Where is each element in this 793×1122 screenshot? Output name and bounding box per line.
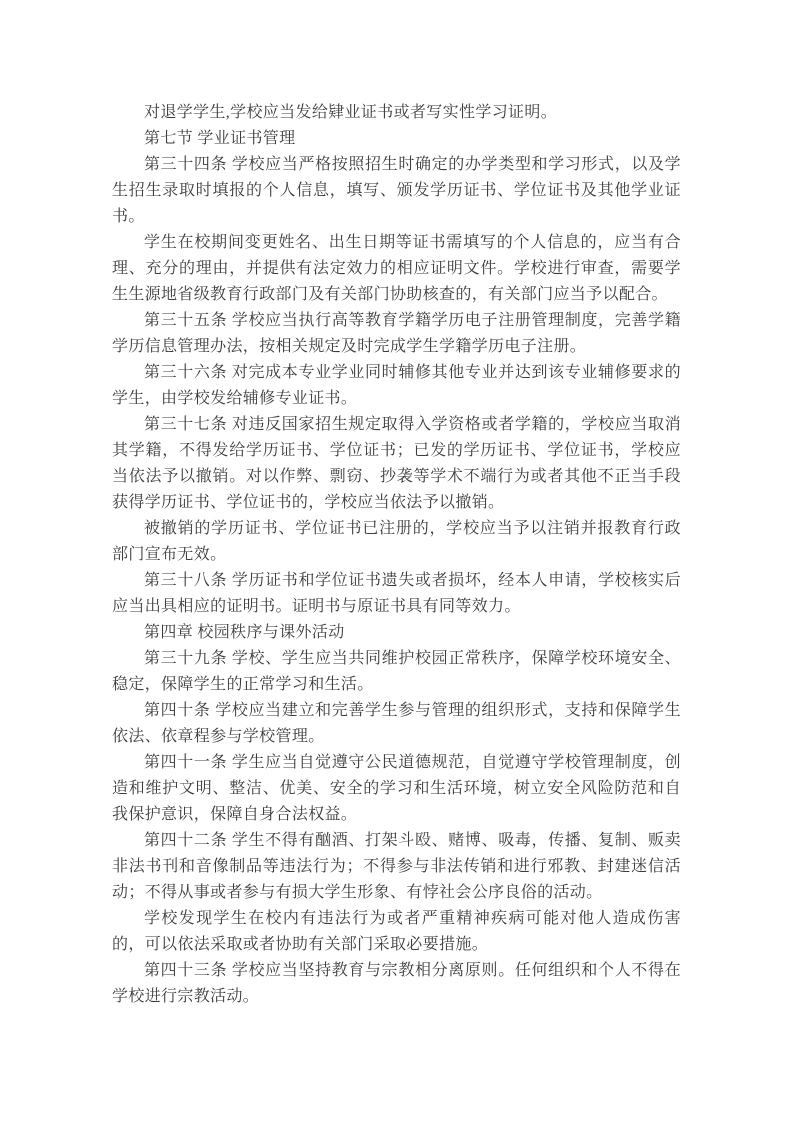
paragraph: 第四十一条 学生应当自觉遵守公民道德规范，自觉遵守学校管理制度，创造和维护文明、… xyxy=(112,750,681,828)
paragraph: 被撤销的学历证书、学位证书已注册的，学校应当予以注销并报教育行政部门宣布无效。 xyxy=(112,516,681,568)
paragraph: 第三十七条 对违反国家招生规定取得入学资格或者学籍的，学校应当取消其学籍，不得发… xyxy=(112,412,681,516)
section-heading: 第四章 校园秩序与课外活动 xyxy=(112,620,681,646)
paragraph: 第三十五条 学校应当执行高等教育学籍学历电子注册管理制度，完善学籍学历信息管理办… xyxy=(112,308,681,360)
text-block: 对退学学生,学校应当发给肄业证书或者写实性学习证明。第七节 学业证书管理第三十四… xyxy=(112,100,681,1010)
paragraph: 第三十八条 学历证书和学位证书遗失或者损坏，经本人申请，学校核实后应当出具相应的… xyxy=(112,568,681,620)
document-page: 对退学学生,学校应当发给肄业证书或者写实性学习证明。第七节 学业证书管理第三十四… xyxy=(0,0,793,1122)
paragraph: 第三十四条 学校应当严格按照招生时确定的办学类型和学习形式，以及学生招生录取时填… xyxy=(112,152,681,230)
paragraph: 学生在校期间变更姓名、出生日期等证书需填写的个人信息的，应当有合理、充分的理由，… xyxy=(112,230,681,308)
paragraph: 第三十九条 学校、学生应当共同维护校园正常秩序，保障学校环境安全、稳定，保障学生… xyxy=(112,646,681,698)
paragraph: 学校发现学生在校内有违法行为或者严重精神疾病可能对他人造成伤害的，可以依法采取或… xyxy=(112,906,681,958)
paragraph: 第四十二条 学生不得有酗酒、打架斗殴、赌博、吸毒，传播、复制、贩卖非法书刊和音像… xyxy=(112,828,681,906)
paragraph: 第四十条 学校应当建立和完善学生参与管理的组织形式，支持和保障学生依法、依章程参… xyxy=(112,698,681,750)
paragraph: 对退学学生,学校应当发给肄业证书或者写实性学习证明。 xyxy=(112,100,681,126)
section-heading: 第七节 学业证书管理 xyxy=(112,126,681,152)
paragraph: 第四十三条 学校应当坚持教育与宗教相分离原则。任何组织和个人不得在学校进行宗教活… xyxy=(112,958,681,1010)
paragraph: 第三十六条 对完成本专业学业同时辅修其他专业并达到该专业辅修要求的学生，由学校发… xyxy=(112,360,681,412)
